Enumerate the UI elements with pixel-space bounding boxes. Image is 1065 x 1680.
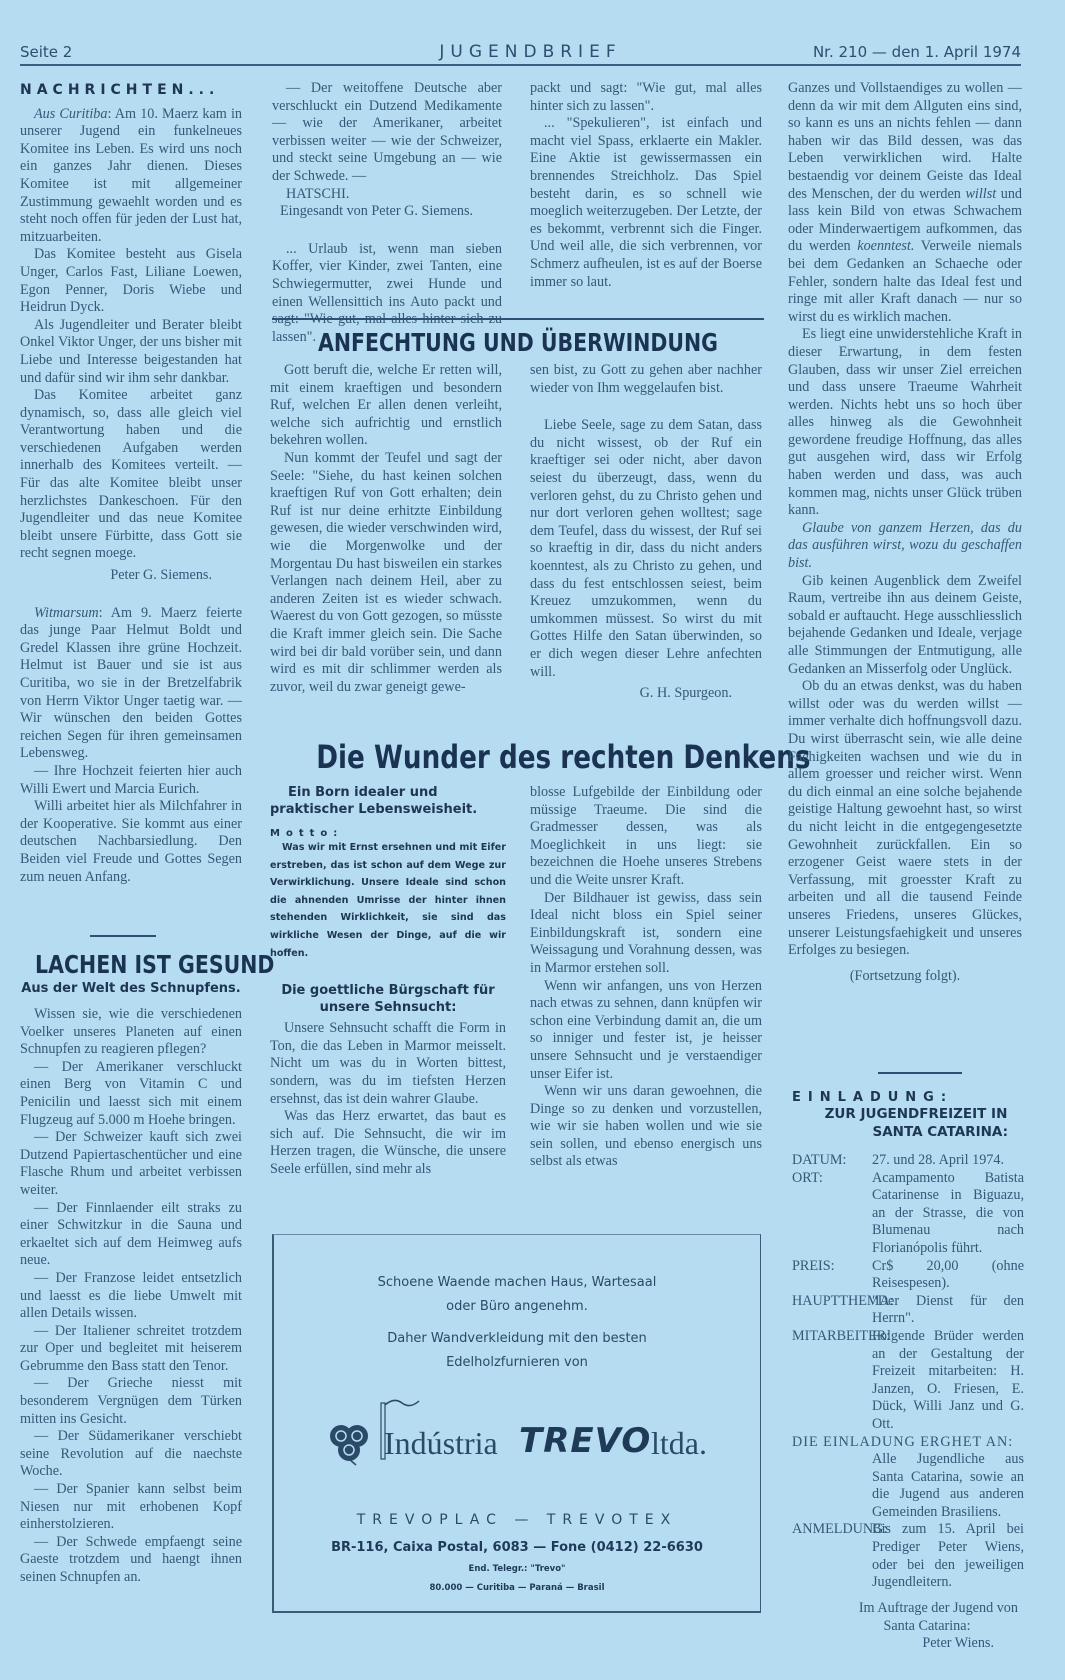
signature: Eingesandt von Peter G. Siemens. [272,203,502,221]
invitation-value: Alle Jugendliche aus Santa Catarina, sow… [792,1451,1024,1521]
paragraph: — Der Grieche niesst mit besonderem Verg… [20,1375,242,1428]
paragraph: Das Komitee besteht aus Gisela Unger, Ca… [20,246,242,316]
paragraph: Gott beruft die, welche Er retten will, … [270,362,502,450]
wunder-col-right: blosse Lufgebilde der Einbildung oder mü… [530,784,762,1171]
lachen-headline: LACHEN IST GESUND [35,950,227,979]
invitation-key: ANMELDUNG: [792,1521,887,1539]
paragraph-italic: Glaube von ganzem Herzen, das du das aus… [788,520,1022,573]
invitation-item: ANMELDUNG:Bis zum 15. April bei Prediger… [792,1521,1024,1591]
nachrichten-heading: NACHRICHTEN... [20,82,242,100]
paragraph: Ganzes und Vollstaendiges zu wollen — de… [788,80,1022,326]
clover-icon [326,1421,372,1467]
invitation-item: HAUPTTHEMA:"Der Dienst für den Herrn". [792,1293,1024,1328]
wunder-left-text: Unsere Sehnsucht schafft die Form in Ton… [270,1020,506,1178]
hatschi: HATSCHI. [272,186,502,204]
nachrichten-column: NACHRICHTEN... Aus Curitiba: Am 10. Maer… [20,82,242,886]
section-heading: Die goettliche Bürgschaft fürunsere Sehn… [270,982,506,1016]
einladung-heading: EINLADUNG: [792,1090,1022,1105]
paragraph: — Der weitoffene Deutsche aber verschluc… [272,80,502,186]
divider [90,935,156,937]
paragraph: — Der Italiener schreitet trotzdem zur O… [20,1323,242,1376]
trevo-advertisement: Schoene Waende machen Haus, Wartesaal od… [272,1234,761,1613]
brand-name: TREVO [519,1421,651,1461]
signature: G. H. Spurgeon. [530,685,762,703]
paragraph: — Der Finnlaender eilt straks zu einer S… [20,1200,242,1270]
newspaper-page: Seite 2 JUGENDBRIEF Nr. 210 — den 1. Apr… [0,0,1065,1680]
paragraph: Wenn wir uns daran gewoehnen, die Dinge … [530,1083,762,1171]
einladung-details: DATUM:27. und 28. April 1974.ORT:Acampam… [792,1152,1024,1592]
brand-prefix: Indústria [384,1425,498,1462]
wunder-heading-block: Die Wunder des rechten Denkens [272,738,764,776]
invitation-value: 27. und 28. April 1974. [872,1152,1004,1168]
paragraph: — Ihre Hochzeit feierten hier auch Willi… [20,763,242,798]
anfechtung-headline: ANFECHTUNG UND ÜBERWINDUNG [316,328,719,357]
paragraph: Der Bildhauer ist gewiss, dass sein Idea… [530,890,762,978]
motto-label: Motto: [270,828,506,839]
invitation-item: PREIS:Cr$ 20,00 (ohne Reisespesen). [792,1258,1024,1293]
product-names: TREVOPLAC — TREVOTEX [274,1512,760,1528]
paragraph: — Der Südamerikaner verschiebt seine Rev… [20,1428,242,1481]
paragraph: Gib keinen Augenblick dem Zweifel Raum, … [788,573,1022,679]
invitation-key: PREIS: [792,1258,835,1276]
brand-suffix: ltda. [651,1425,707,1462]
wunder-col-left: Ein Born idealer und praktischer Lebensw… [270,784,506,1179]
invitation-value: Folgende Brüder werden an der Gestaltung… [872,1328,1024,1432]
paragraph: Es liegt eine unwiderstehliche Kraft in … [788,326,1022,520]
invitation-key: DIE EINLADUNG ERGHET AN: [792,1434,1024,1452]
paragraph: Wissen sie, wie die verschiedenen Voelke… [20,1006,242,1059]
paragraph: Witmarsum: Am 9. Maerz feierte das junge… [20,605,242,763]
invitation-item: DIE EINLADUNG ERGHET AN:Alle Jugendliche… [792,1434,1024,1522]
paragraph-continued: sen bist, zu Gott zu gehen aber nachher … [530,362,762,397]
paragraph: Nun kommt der Teufel und sagt der Seele:… [270,450,502,696]
paragraph: Unsere Sehnsucht schafft die Form in Ton… [270,1020,506,1108]
invitation-key: ORT: [792,1170,823,1188]
lachen-column: Wissen sie, wie die verschiedenen Voelke… [20,1006,242,1587]
einladung-closing: Im Auftrage der Jugend von Santa Catarin… [792,1600,1024,1653]
city-line: 80.000 — Curitiba — Paraná — Brasil [274,1583,760,1593]
anfechtung-col-left: Gott beruft die, welche Er retten will, … [270,362,502,696]
paragraph: Wenn wir anfangen, uns von Herzen nach e… [530,978,762,1084]
continued-note: (Fortsetzung folgt). [788,968,1022,986]
wunder-col-4: Ganzes und Vollstaendiges zu wollen — de… [788,80,1022,985]
divider [878,1072,962,1074]
anfechtung-col-right: sen bist, zu Gott zu gehen aber nachher … [530,362,762,703]
address: BR-116, Caixa Postal, 6083 — Fone (0412)… [274,1540,760,1555]
invitation-key: DATUM: [792,1152,846,1170]
lachen-heading-block: LACHEN IST GESUND Aus der Welt des Schnu… [14,950,248,996]
issue-date: Nr. 210 — den 1. April 1974 [813,43,1021,61]
paragraph: Das Komitee arbeitet ganz dynamisch, so,… [20,387,242,563]
lachen-continued: — Der weitoffene Deutsche aber verschluc… [272,80,502,346]
invitation-key: HAUPTTHEMA: [792,1293,894,1311]
invitation-key: MITARBEITER: [792,1328,890,1346]
einladung-subheading-1: ZUR JUGENDFREIZEIT IN [792,1105,1022,1123]
paragraph: — Der Spanier kann selbst beim Niesen nu… [20,1481,242,1534]
einladung-subheading-2: SANTA CATARINA: [792,1123,1022,1141]
invitation-value: Cr$ 20,00 (ohne Reisespesen). [872,1258,1024,1292]
wunder-headline: Die Wunder des rechten Denkens [316,738,719,776]
invitation-item: MITARBEITER:Folgende Brüder werden an de… [792,1328,1024,1434]
paragraph: Als Jugendleiter und Berater bleibt Onke… [20,317,242,387]
paragraph: Liebe Seele, sage zu dem Satan, dass du … [530,417,762,681]
anfechtung-heading-block: ANFECHTUNG UND ÜBERWINDUNG [272,328,764,357]
invitation-item: ORT:Acampamento Batista Catarinense in B… [792,1170,1024,1258]
invitation-value: "Der Dienst für den Herrn". [872,1293,1024,1327]
paragraph: — Der Schwede empfaengt seine Gaeste tro… [20,1534,242,1587]
paragraph: — Der Amerikaner verschluckt einen Berg … [20,1059,242,1129]
motto-text: Was wir mit Ernst ersehnen und mit Eifer… [270,839,506,962]
page-header: Seite 2 JUGENDBRIEF Nr. 210 — den 1. Apr… [20,34,1021,66]
invitation-value: Bis zum 15. April bei Prediger Peter Wie… [872,1521,1024,1590]
wunder-subtitle-2: praktischer Lebensweisheit. [270,801,506,818]
lachen-subtitle: Aus der Welt des Schnupfens. [14,981,248,996]
paragraph: Willi arbeitet hier als Milchfahrer in d… [20,798,242,886]
invitation-value: Acampamento Batista Catarinense in Bigua… [872,1170,1024,1256]
paragraph: ... "Spekulieren", ist einfach und macht… [530,115,762,291]
paragraph-continued: blosse Lufgebilde der Einbildung oder mü… [530,784,762,890]
invitation-item: DATUM:27. und 28. April 1974. [792,1152,1024,1170]
paragraph: — Der Franzose leidet entsetzlich und la… [20,1270,242,1323]
telegram-address: End. Telegr.: "Trevo" [274,1564,760,1574]
einladung-heading-block: EINLADUNG: ZUR JUGENDFREIZEIT IN SANTA C… [792,1090,1022,1141]
paragraph: — Der Schweizer kauft sich zwei Dutzend … [20,1129,242,1199]
paragraph-continued: packt und sagt: "Wie gut, mal alles hint… [530,80,762,115]
paragraph: Was das Herz erwartet, das baut es sich … [270,1108,506,1178]
wunder-subtitle-1: Ein Born idealer und [270,784,506,801]
paragraph: Aus Curitiba: Am 10. Maerz kam in unsere… [20,106,242,247]
divider [272,318,764,320]
signature: Peter G. Siemens. [20,567,242,585]
spekulieren-column: packt und sagt: "Wie gut, mal alles hint… [530,80,762,291]
brand-logo-row: Indústria TREVO ltda. [274,1395,760,1475]
paragraph: Ob du an etwas denkst, was du haben will… [788,678,1022,960]
